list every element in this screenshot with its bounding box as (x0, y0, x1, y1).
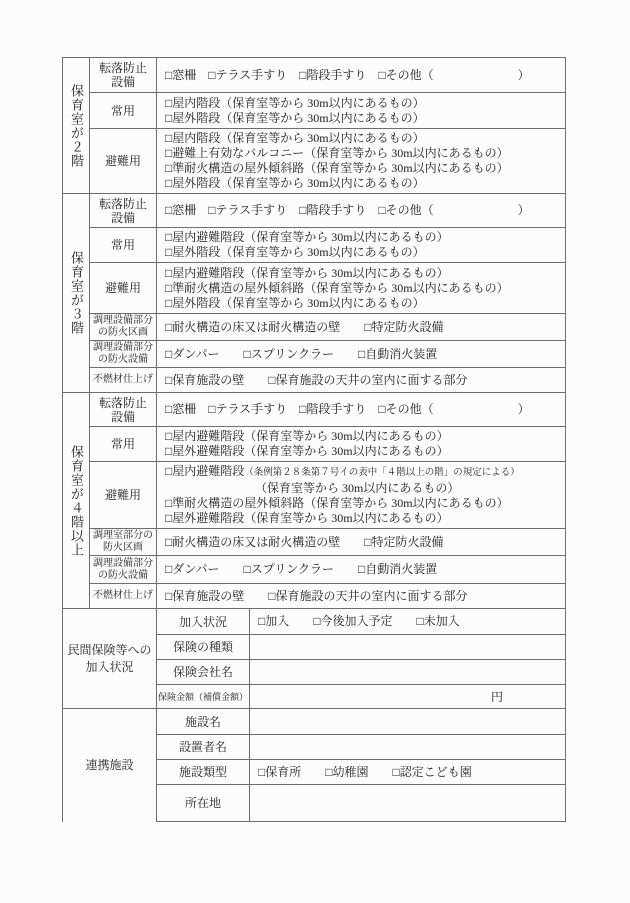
fire-zone-options-3f: □耐火構造の床又は耐火構造の壁 □特定防火設備 (157, 314, 566, 341)
group-label-insurance: 民間保険等への 加入状況 (63, 642, 156, 676)
noncombustible-options-3f: □保育施設の壁 □保育施設の天井の室内に面する部分 (157, 368, 566, 393)
group-label-floor4: 保育室が４階以上 (63, 445, 89, 557)
ordinance-note: （条例第２８条第７号イの表中「４階以上の階」の規定による） (244, 468, 520, 478)
checkbox-line[interactable]: □窓柵 □テラス手すり □階段手すり □その他（ ） (165, 68, 561, 83)
insurance-status-options: □加入 □今後加入予定 □未加入 (250, 609, 566, 635)
evacuation-label-4f: 避難用 (90, 462, 157, 529)
checkbox-line[interactable]: □屋外階段（保育室等から 30m以内にあるもの） (165, 111, 561, 126)
fire-equipment-label-4f: 調理設備部分 の防火設備 (90, 556, 157, 584)
checkbox-line[interactable]: □窓柵 □テラス手すり □階段手すり □その他（ ） (165, 203, 561, 218)
evacuation-label-2f: 避難用 (90, 129, 157, 194)
checkbox-line[interactable]: □ダンパー □スプリンクラー □自動消火装置 (165, 347, 561, 362)
input-insurance-type[interactable] (250, 635, 566, 660)
option-text: □屋内避難階段 (165, 464, 244, 478)
regular-use-label-4f: 常用 (90, 427, 157, 462)
evacuation-label-3f: 避難用 (90, 263, 157, 314)
fire-zone-label-3f: 調理設備部分 の防火区画 (90, 314, 157, 341)
fire-zone-label-4f: 調理室部分の 防火区画 (90, 529, 157, 556)
form-page: 保育室が２階 転落防止 設備 □窓柵 □テラス手すり □階段手すり □その他（ … (62, 57, 566, 822)
fall-prevention-options-2f: □窓柵 □テラス手すり □階段手すり □その他（ ） (157, 58, 566, 93)
evacuation-options-3f: □屋内避難階段（保育室等から 30m以内にあるもの） □準耐火構造の屋外傾斜路（… (157, 263, 566, 314)
regular-use-label-2f: 常用 (90, 93, 157, 129)
group-label-floor2: 保育室が２階 (63, 84, 89, 168)
fall-prevention-label-3f: 転落防止 設備 (90, 194, 157, 228)
insurance-type-label: 保険の種類 (157, 635, 250, 660)
checkbox-line[interactable]: □屋外階段（保育室等から 30m以内にあるもの） (165, 176, 561, 191)
checkbox-line[interactable]: □避難上有効なバルコニー（保育室等から 30m以内にあるもの） (165, 146, 561, 161)
checkbox-line[interactable]: □準耐火構造の屋外傾斜路（保育室等から 30m以内にあるもの） (165, 281, 561, 296)
group-cell-floor2: 保育室が２階 (63, 58, 90, 194)
group-cell-insurance: 民間保険等への 加入状況 (63, 609, 157, 709)
checkbox-line[interactable]: □屋内避難階段（条例第２８条第７号イの表中「４階以上の階」の規定による） (165, 464, 561, 481)
checkbox-line[interactable]: □屋内階段（保育室等から 30m以内にあるもの） (165, 131, 561, 146)
insurance-status-label: 加入状況 (157, 609, 250, 635)
fall-prevention-options-3f: □窓柵 □テラス手すり □階段手すり □その他（ ） (157, 194, 566, 228)
checkbox-line[interactable]: □加入 □今後加入予定 □未加入 (258, 614, 561, 629)
insurance-company-label: 保険会社名 (157, 660, 250, 685)
fire-equipment-options-3f: □ダンパー □スプリンクラー □自動消火装置 (157, 341, 566, 368)
checkbox-line[interactable]: □ダンパー □スプリンクラー □自動消火装置 (165, 562, 561, 577)
noncombustible-label-4f: 不燃材仕上げ (90, 584, 157, 609)
evacuation-options-2f: □屋内階段（保育室等から 30m以内にあるもの） □避難上有効なバルコニー（保育… (157, 129, 566, 194)
group-cell-partner-facility: 連携施設 (63, 709, 157, 822)
input-partner-founder[interactable] (250, 735, 566, 760)
group-label-partner-facility: 連携施設 (63, 757, 156, 774)
group-label-floor3: 保育室が３階 (63, 251, 89, 335)
checkbox-line[interactable]: □耐火構造の床又は耐火構造の壁 □特定防火設備 (165, 535, 561, 550)
option-continuation: （保育室等から 30m以内にあるもの） (165, 481, 561, 496)
checkbox-line[interactable]: □保育施設の壁 □保育施設の天井の室内に面する部分 (165, 373, 561, 388)
input-insurance-amount[interactable]: 円 (250, 685, 566, 709)
partner-name-label: 施設名 (157, 709, 250, 735)
fire-equipment-label-3f: 調理設備部分 の防火設備 (90, 341, 157, 368)
noncombustible-label-3f: 不燃材仕上げ (90, 368, 157, 393)
evacuation-options-4f: □屋内避難階段（条例第２８条第７号イの表中「４階以上の階」の規定による） （保育… (157, 462, 566, 529)
fall-prevention-label-4f: 転落防止 設備 (90, 393, 157, 427)
group-cell-floor3: 保育室が３階 (63, 194, 90, 393)
checkbox-line[interactable]: □耐火構造の床又は耐火構造の壁 □特定防火設備 (165, 320, 561, 335)
insurance-amount-label: 保険金額（補償金額） (157, 685, 250, 709)
checkbox-line[interactable]: □準耐火構造の屋外傾斜路（保育室等から 30m以内にあるもの） (165, 496, 561, 511)
regular-use-options-2f: □屋内階段（保育室等から 30m以内にあるもの） □屋外階段（保育室等から 30… (157, 93, 566, 129)
input-partner-address[interactable] (250, 785, 566, 822)
input-insurance-company[interactable] (250, 660, 566, 685)
input-partner-name[interactable] (250, 709, 566, 735)
checkbox-line[interactable]: □屋外階段（保育室等から 30m以内にあるもの） (165, 245, 561, 260)
checkbox-line[interactable]: □保育所 □幼稚園 □認定こども園 (258, 765, 561, 780)
partner-type-options: □保育所 □幼稚園 □認定こども園 (250, 760, 566, 785)
noncombustible-options-4f: □保育施設の壁 □保育施設の天井の室内に面する部分 (157, 584, 566, 609)
partner-address-label: 所在地 (157, 785, 250, 822)
fall-prevention-options-4f: □窓柵 □テラス手すり □階段手すり □その他（ ） (157, 393, 566, 427)
checkbox-line[interactable]: □屋内避難階段（保育室等から 30m以内にあるもの） (165, 429, 561, 444)
partner-type-label: 施設類型 (157, 760, 250, 785)
checkbox-line[interactable]: □屋外階段（保育室等から 30m以内にあるもの） (165, 296, 561, 311)
group-cell-floor4: 保育室が４階以上 (63, 393, 90, 609)
facility-form-table: 保育室が２階 転落防止 設備 □窓柵 □テラス手すり □階段手すり □その他（ … (62, 57, 566, 822)
regular-use-options-4f: □屋内避難階段（保育室等から 30m以内にあるもの） □屋外避難階段（保育室等か… (157, 427, 566, 462)
regular-use-label-3f: 常用 (90, 228, 157, 263)
fall-prevention-label-2f: 転落防止 設備 (90, 58, 157, 93)
checkbox-line[interactable]: □屋内階段（保育室等から 30m以内にあるもの） (165, 96, 561, 111)
yen-unit-label: 円 (491, 690, 503, 704)
checkbox-line[interactable]: □窓柵 □テラス手すり □階段手すり □その他（ ） (165, 402, 561, 417)
checkbox-line[interactable]: □屋外避難階段（保育室等から 30m以内にあるもの） (165, 511, 561, 526)
fire-equipment-options-4f: □ダンパー □スプリンクラー □自動消火装置 (157, 556, 566, 584)
checkbox-line[interactable]: □屋内避難階段（保育室等から 30m以内にあるもの） (165, 266, 561, 281)
partner-founder-label: 設置者名 (157, 735, 250, 760)
checkbox-line[interactable]: □準耐火構造の屋外傾斜路（保育室等から 30m以内にあるもの） (165, 161, 561, 176)
checkbox-line[interactable]: □屋内避難階段（保育室等から 30m以内にあるもの） (165, 230, 561, 245)
checkbox-line[interactable]: □屋外避難階段（保育室等から 30m以内にあるもの） (165, 444, 561, 459)
regular-use-options-3f: □屋内避難階段（保育室等から 30m以内にあるもの） □屋外階段（保育室等から … (157, 228, 566, 263)
checkbox-line[interactable]: □保育施設の壁 □保育施設の天井の室内に面する部分 (165, 589, 561, 604)
fire-zone-options-4f: □耐火構造の床又は耐火構造の壁 □特定防火設備 (157, 529, 566, 556)
